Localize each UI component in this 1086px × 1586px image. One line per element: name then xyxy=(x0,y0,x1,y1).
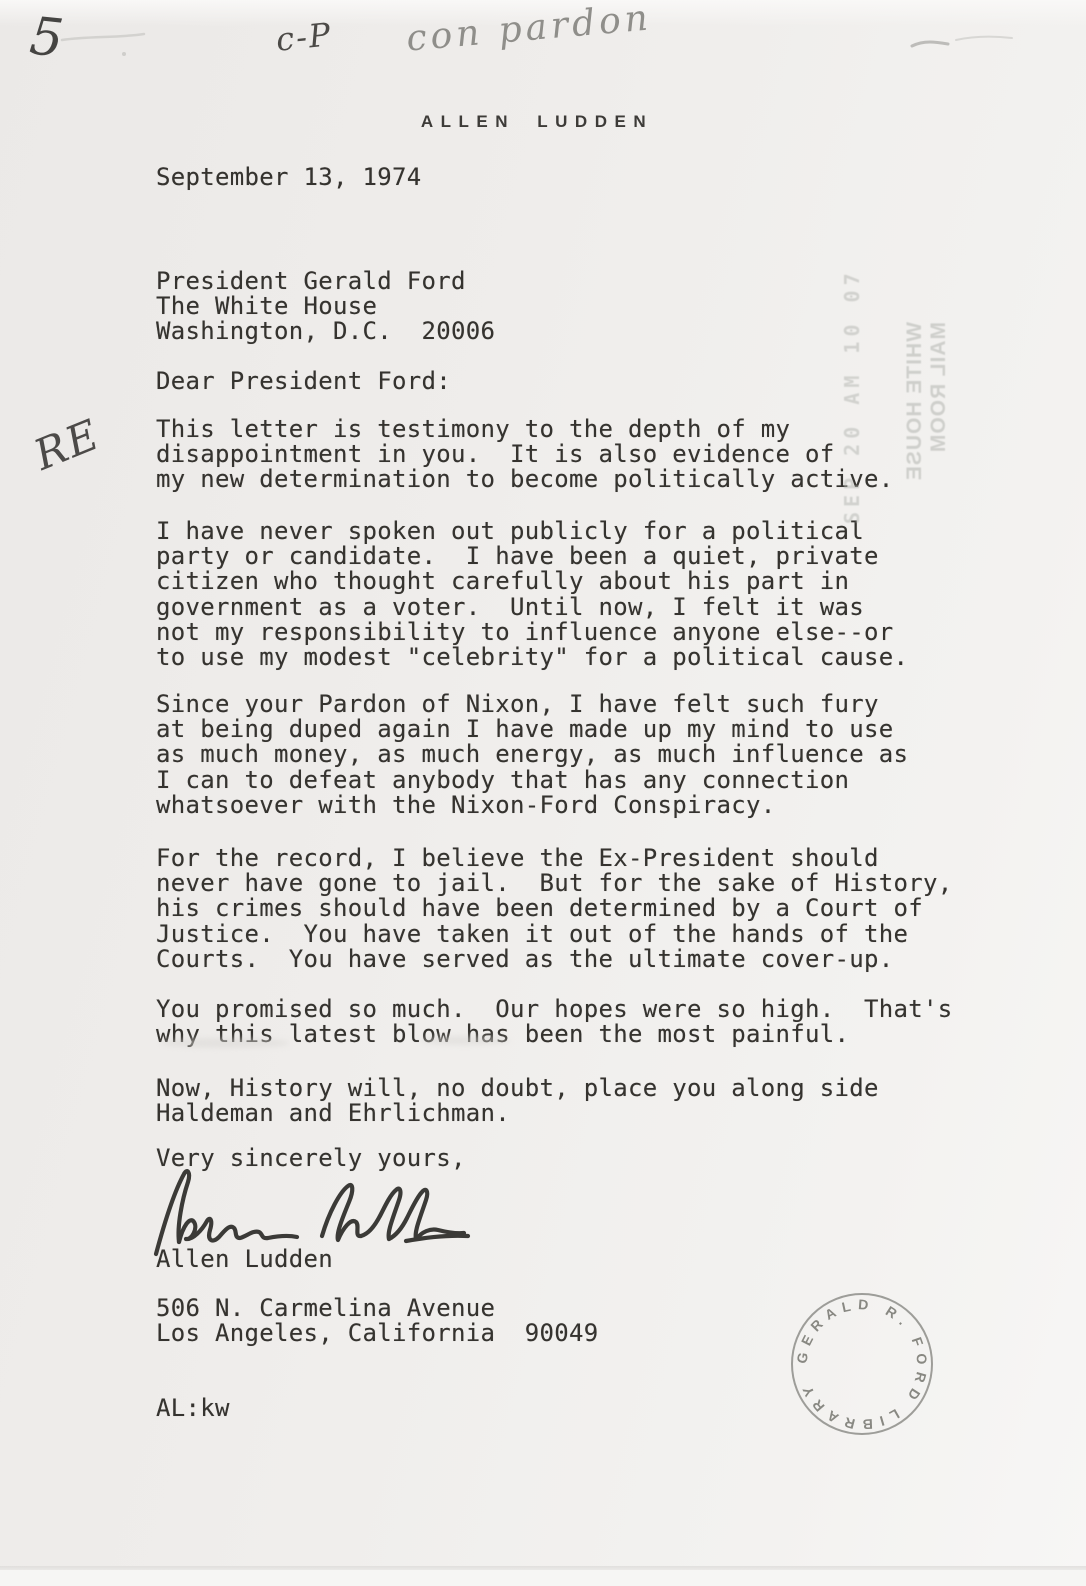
handwritten-corner-number: 5 xyxy=(27,6,66,69)
recipient-address: President Gerald Ford The White House Wa… xyxy=(156,269,495,345)
signature xyxy=(150,1166,480,1260)
paragraph-1: This letter is testimony to the depth of… xyxy=(156,417,893,493)
handwritten-margin-initials: RE xyxy=(27,409,107,479)
mailroom-stamp: WHITE HOUSE MAIL ROOM xyxy=(903,322,951,481)
smudge-mark xyxy=(160,1038,290,1048)
handwritten-note: con pardon xyxy=(405,0,654,60)
pencil-dash-left xyxy=(58,28,178,58)
paragraph-6: Now, History will, no doubt, place you a… xyxy=(156,1076,879,1126)
letter-page: 5 c-P con pardon RE ALLEN LUDDEN Septemb… xyxy=(0,0,1086,1586)
handwritten-code: c-P xyxy=(274,15,334,59)
reference-initials: AL:kw xyxy=(156,1396,230,1421)
library-stamp: GERALD R. FORD LIBRARY xyxy=(789,1291,935,1437)
library-stamp-text: GERALD R. FORD LIBRARY xyxy=(793,1296,930,1433)
paper-edge xyxy=(0,1570,1086,1586)
letterhead-name: ALLEN LUDDEN xyxy=(421,112,653,132)
letter-date: September 13, 1974 xyxy=(156,165,422,190)
pencil-dash-right xyxy=(908,30,1018,56)
paragraph-4: For the record, I believe the Ex-Preside… xyxy=(156,846,952,972)
paragraph-2: I have never spoken out publicly for a p… xyxy=(156,519,908,670)
salutation: Dear President Ford: xyxy=(156,369,451,394)
sender-address: 506 N. Carmelina Avenue Los Angeles, Cal… xyxy=(156,1296,598,1346)
mailroom-stamp-date: SEP 20 AM 10 07 xyxy=(840,268,864,524)
paragraph-3: Since your Pardon of Nixon, I have felt … xyxy=(156,692,908,818)
svg-text:GERALD R. FORD LIBRARY: GERALD R. FORD LIBRARY xyxy=(793,1296,930,1433)
smudge-mark xyxy=(420,1036,510,1045)
